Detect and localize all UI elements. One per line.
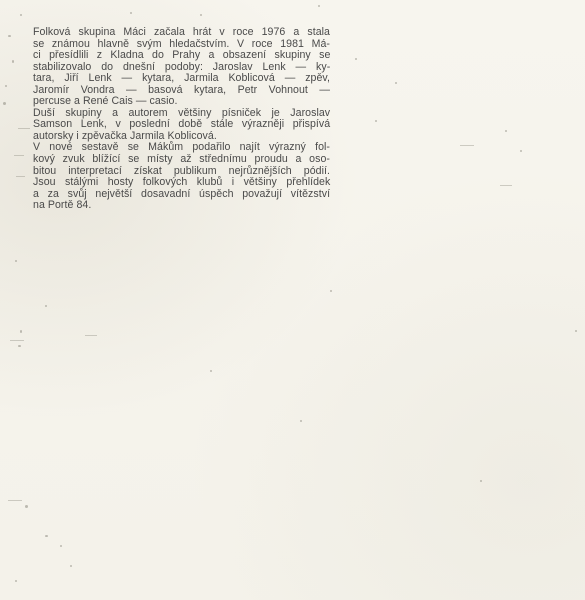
speck [15,260,17,262]
speck [395,82,397,84]
paragraph-success: V nové sestavě se Mákům podařilo najít v… [33,142,330,211]
speck [480,480,482,482]
speck [18,345,21,347]
speck [45,535,48,537]
speck [25,505,28,508]
text-line: ci přesídlili z Kladna do Prahy a obsaze… [33,50,330,62]
scratch [500,185,512,186]
speck [20,14,22,16]
scratch [16,176,25,177]
speck [200,14,202,16]
speck [375,120,377,122]
scratch [460,145,474,146]
text-line: Folková skupina Máci začala hrát v roce … [33,27,330,39]
speck [210,370,212,372]
scratch [85,335,97,336]
speck [300,420,302,422]
text-line: kový zvuk blížící se místy až střednímu … [33,154,330,166]
paragraph-history: Folková skupina Máci začala hrát v roce … [33,27,330,108]
speck [8,35,11,37]
scratch [18,128,30,129]
speck [45,305,47,307]
scratch [8,500,22,501]
speck [318,5,320,7]
text-line: na Portě 84. [33,200,330,212]
speck [575,330,577,332]
speck [355,58,357,60]
liner-notes: Folková skupina Máci začala hrát v roce … [33,27,330,212]
text-line: tara, Jiří Lenk — kytara, Jarmila Koblic… [33,73,330,85]
speck [20,330,22,333]
speck [505,130,507,132]
paragraph-songwriting: Duší skupiny a autorem většiny písniček … [33,108,330,143]
speck [60,545,62,547]
scratch [14,155,24,156]
speck [15,580,17,582]
text-line: Jsou stálými hosty folkových klubů i vět… [33,177,330,189]
speck [3,102,6,105]
speck [130,12,132,14]
speck [5,85,7,87]
speck [520,150,522,152]
scratch [10,340,24,341]
speck [70,565,72,567]
speck [330,290,332,292]
speck [12,60,14,63]
